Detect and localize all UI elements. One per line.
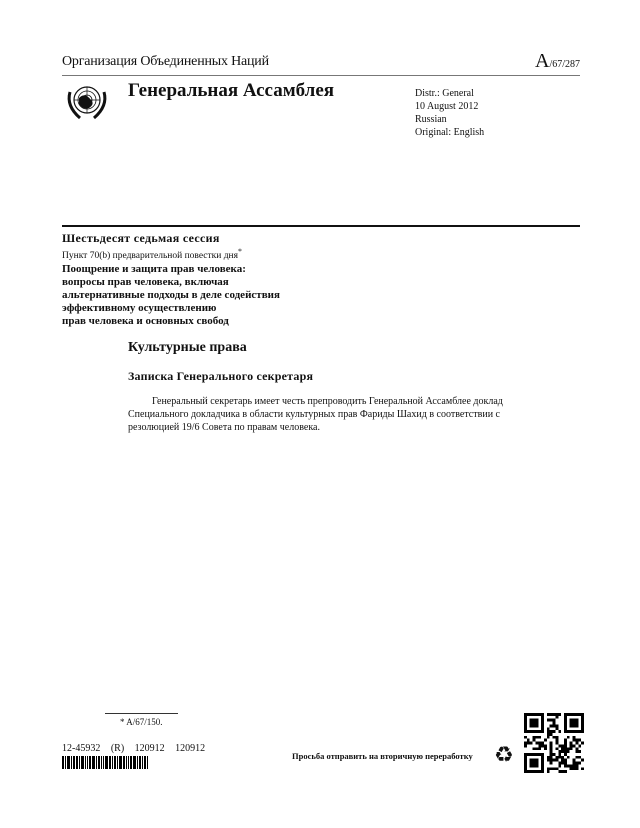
- document-number: 12-45932 (R) 120912 120912: [62, 743, 205, 754]
- topic-line: Поощрение и защита прав человека:: [62, 263, 280, 276]
- topic-line: вопросы прав человека, включая: [62, 276, 280, 289]
- barcode-icon: [62, 756, 174, 769]
- footnote: * A/67/150.: [120, 717, 163, 727]
- recycle-icon: ♻: [494, 744, 514, 766]
- agenda-item-text: Пункт 70(b) предварительной повестки дня: [62, 251, 238, 261]
- document-heading: Культурные права: [128, 340, 247, 356]
- topic-line: альтернативные подходы в деле содействия: [62, 289, 280, 302]
- language-line: Russian: [415, 113, 484, 126]
- distr-line: Distr.: General: [415, 87, 484, 100]
- symbol-number: /67/287: [549, 59, 580, 70]
- header-rule: [62, 75, 580, 76]
- document-subheading: Записка Генерального секретаря: [128, 369, 313, 384]
- original-line: Original: English: [415, 126, 484, 139]
- assembly-title: Генеральная Ассамблея: [128, 80, 334, 102]
- footnote-marker: *: [238, 247, 242, 256]
- date-line: 10 August 2012: [415, 100, 484, 113]
- topic-line: эффективному осуществлению: [62, 302, 280, 315]
- recycle-text: Просьба отправить на вторичную переработ…: [292, 751, 473, 761]
- session-title: Шестьдесят седьмая сессия: [62, 232, 280, 245]
- distribution-block: Distr.: General 10 August 2012 Russian O…: [415, 87, 484, 139]
- body-paragraph: Генеральный секретарь имеет честь препро…: [128, 395, 528, 434]
- footnote-rule: [105, 713, 178, 714]
- organization-name: Организация Объединенных Наций: [62, 54, 269, 70]
- topic-line: прав человека и основных свобод: [62, 315, 280, 328]
- agenda-item: Пункт 70(b) предварительной повестки дня…: [62, 245, 280, 263]
- document-symbol: A/67/287: [535, 50, 580, 73]
- un-emblem-icon: [64, 80, 110, 124]
- qr-code-icon: [524, 713, 584, 773]
- symbol-letter: A: [535, 50, 549, 72]
- session-block: Шестьдесят седьмая сессия Пункт 70(b) пр…: [62, 232, 280, 328]
- section-rule: [62, 225, 580, 227]
